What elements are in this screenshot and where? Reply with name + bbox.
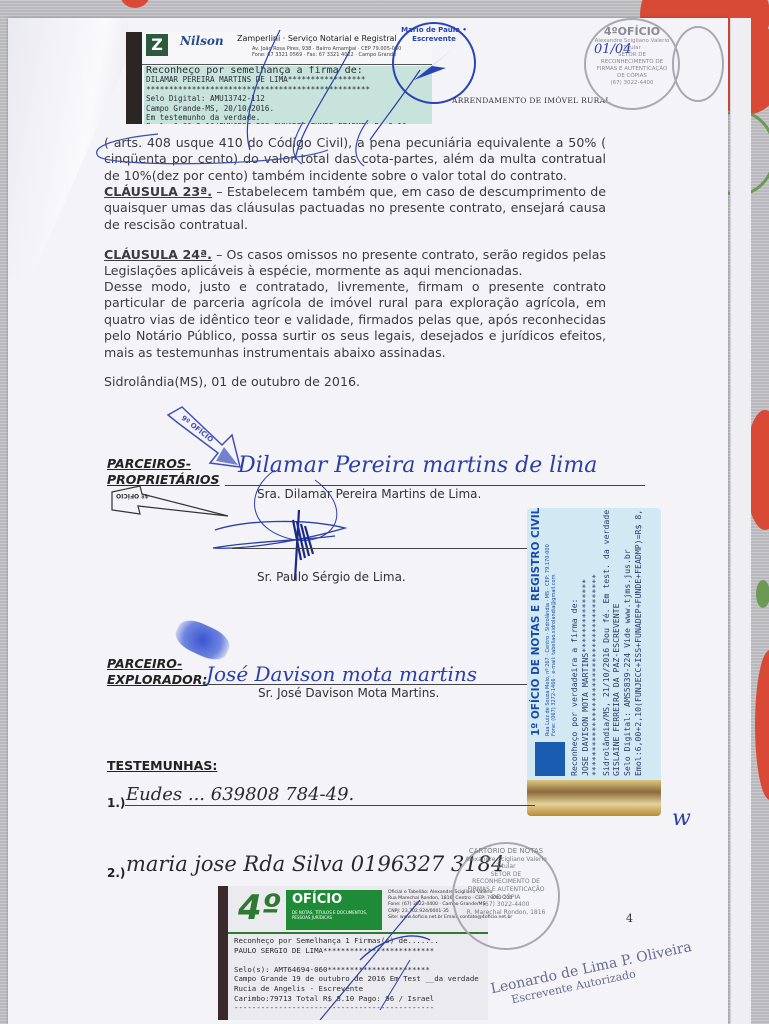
explorer-signature: José Davison mota martins — [206, 662, 477, 686]
page-edge-underneath — [730, 18, 751, 1024]
tablecloth-strawberry — [120, 0, 150, 8]
owners-label-line: PROPRIETÁRIOS — [107, 472, 220, 488]
stamp-line: (67) 3022-4400 — [454, 901, 558, 909]
closing-paragraph: Desse modo, justo e contratado, livremen… — [104, 279, 606, 361]
owners-label-line: PARCEIROS- — [107, 456, 220, 472]
sticker-line: Emol:6,00+2,10(FUNJECC+ISS+FUNADEP+FUNDE… — [633, 510, 644, 776]
explorer-label-line: PARCEIRO- — [107, 656, 207, 672]
sticker-line: JOSE DAVISON MOTA MARTINS*************** — [580, 510, 591, 776]
owners-label: PARCEIROS- PROPRIETÁRIOS — [107, 456, 220, 488]
witness-2-signature: maria jose Rda Silva 0196327 3184 — [126, 852, 504, 876]
stamp-handwritten-date: 01/04 — [594, 46, 631, 53]
stamp-line: RECONHECIMENTO DE — [454, 878, 558, 886]
notary-round-stamp-partial — [672, 26, 724, 102]
notary-seal-sticker-sidrolandia: 1º OFÍCIO DE NOTAS E REGISTRO CIVIL · SI… — [527, 508, 661, 816]
witnesses-label: TESTEMUNHAS: — [107, 758, 217, 773]
stamp-line: DE CÓPIA — [454, 894, 558, 902]
stamp-line: SETOR DE — [454, 871, 558, 879]
hologram-band — [527, 780, 661, 816]
pen-signature-strokes-bottom — [300, 900, 460, 1020]
explorer-label: PARCEIRO- EXPLORADOR: — [107, 656, 207, 688]
notary-round-stamp-bottom: CARTÓRIO DE NOTAS Alexandre Scigliano Va… — [452, 842, 560, 950]
stamp-line: CARTÓRIO DE NOTAS — [454, 848, 558, 856]
signature-line-explorer — [205, 684, 530, 685]
sticker-recognition-text: Reconheço por verdadeira a firma de: JOS… — [569, 510, 643, 776]
notary-logo-icon — [535, 742, 565, 776]
notary-round-stamp-top: 4ºOFÍCIO Alexandre Scigliano Valerio Tit… — [584, 18, 680, 110]
arrow-stamp-label: 4º OFÍCIO — [116, 492, 149, 499]
sticker-line: GISLAINE FERREIRA DA PAZ-ESCREVENTE — [611, 510, 622, 776]
stamp-title: 4ºOFÍCIO — [586, 26, 678, 38]
witness-1-signature: Eudes ... 639808 784-49. — [126, 784, 354, 805]
stamp-line: FIRMAS E AUTENTICAÇÃO — [586, 66, 678, 73]
sticker-line: Sidrolândia/MS, 21/10/2016 Dou fé. Em te… — [601, 510, 612, 776]
signature-line-witness-1 — [125, 805, 535, 806]
sticker-title: 1º OFÍCIO DE NOTAS E REGISTRO CIVIL · SI… — [530, 508, 542, 736]
tablecloth-strawberry — [755, 650, 769, 800]
stamp-line: Alexandre Scigliano Valerio — [454, 856, 558, 864]
clause-24-title: CLÁUSULA 24ª. — [104, 247, 212, 262]
margin-initial: w — [672, 806, 691, 831]
clause-24: CLÁUSULA 24ª. – Os casos omissos no pres… — [104, 247, 606, 280]
sticker-line: ****************************************… — [590, 510, 601, 776]
owner-2-name: Sr. Paulo Sérgio de Lima. — [257, 570, 406, 584]
tablecloth-leaf — [756, 580, 769, 608]
owner-2-signature — [205, 470, 405, 580]
explorer-name: Sr. José Davison Mota Martins. — [258, 686, 439, 700]
stamp-line: DE CÓPIAS — [586, 73, 678, 80]
witness-2-prefix: 2.) — [107, 866, 125, 880]
clause-23: CLÁUSULA 23ª. – Estabelecem também que, … — [104, 184, 606, 233]
stamp-line: FIRMAS E AUTENTICAÇÃO — [454, 886, 558, 894]
signature-line-owner-2 — [232, 548, 527, 549]
stamp-line: Titular — [454, 863, 558, 871]
pen-signature-strokes — [200, 30, 500, 170]
stamp-line: R. Marechal Rondon, 1816 — [454, 909, 558, 917]
sticker-line: Selo Digital: AMS5839-224 Vide www.tjms.… — [622, 510, 633, 776]
page-number: 4 — [626, 912, 633, 925]
explorer-label-line: EXPLORADOR: — [107, 672, 207, 688]
clause-23-title: CLÁUSULA 23ª. — [104, 184, 212, 199]
sticker-sub-line: Fone: (067) 3272-1466 · e-mail: tabeliao… — [551, 544, 557, 736]
stamp-line: RECONHECIMENTO DE — [586, 59, 678, 66]
sticker-sub: Rua Luiz de Souza Melo, nº 267 · Centro … — [545, 544, 557, 736]
sticker-line: Reconheço por verdadeira a firma de: — [569, 510, 580, 776]
witness-1-prefix: 1.) — [107, 796, 125, 810]
stamp-line: (67) 3022-4400 — [586, 80, 678, 87]
place-date: Sidrolândia(MS), 01 de outubro de 2016. — [104, 374, 606, 390]
notary-logo-icon: Z — [146, 34, 168, 56]
sticker-rotated-content: 1º OFÍCIO DE NOTAS E REGISTRO CIVIL · SI… — [527, 508, 661, 816]
sticker-big-number: 4º — [238, 890, 281, 926]
